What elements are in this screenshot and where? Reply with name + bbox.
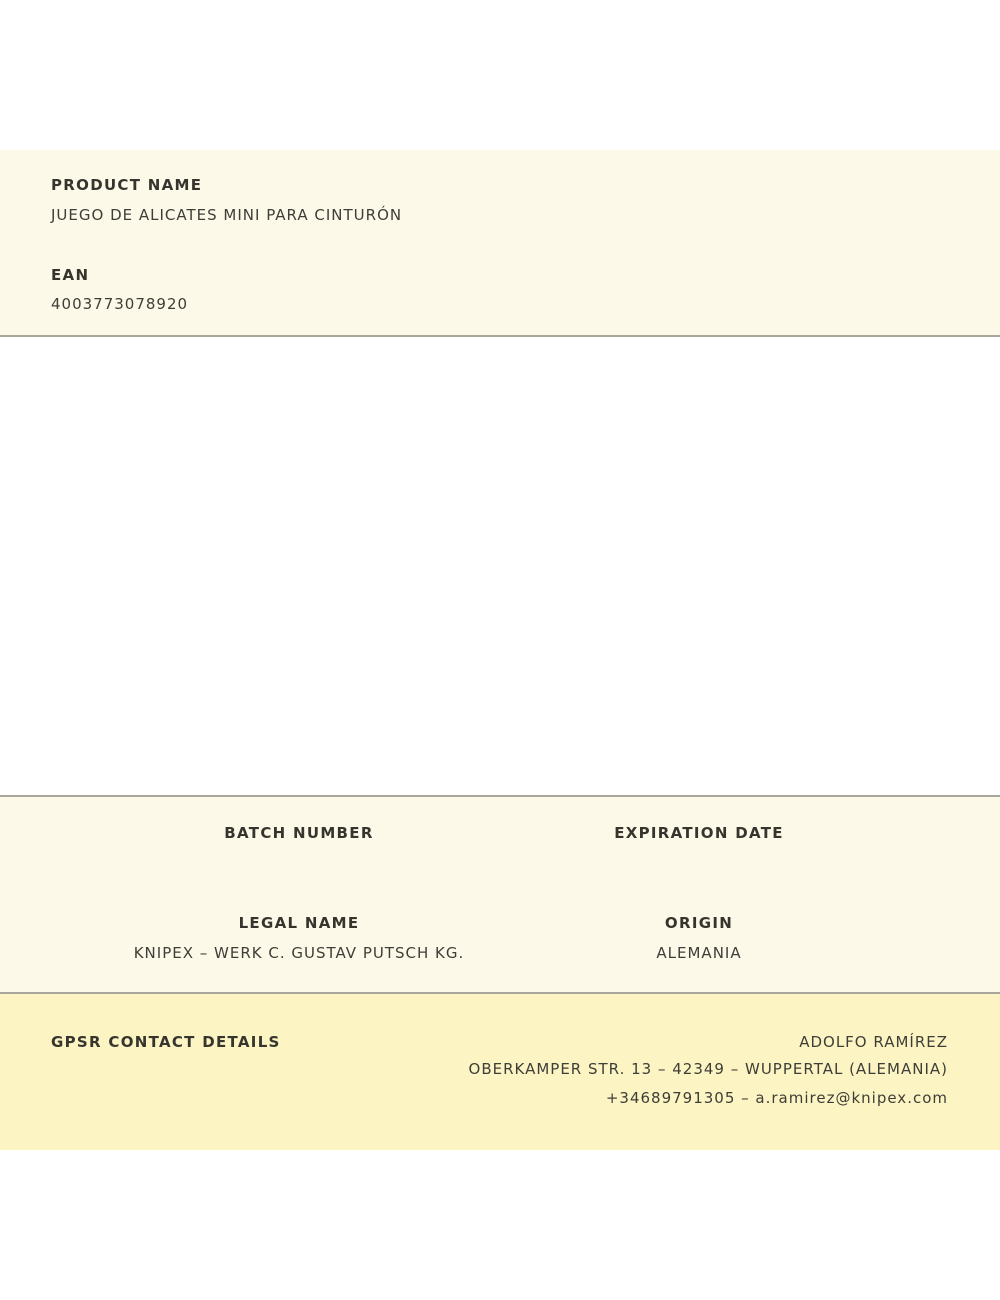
expiration-date-label: EXPIRATION DATE (614, 824, 784, 842)
origin-value: ALEMANIA (656, 944, 741, 962)
product-name-value: JUEGO DE ALICATES MINI PARA CINTURÓN (51, 206, 402, 224)
gpsr-contact-label: GPSR CONTACT DETAILS (51, 1033, 281, 1051)
product-info-section: PRODUCT NAME JUEGO DE ALICATES MINI PARA… (0, 150, 1000, 337)
ean-label: EAN (51, 266, 89, 284)
origin-label: ORIGIN (665, 914, 733, 932)
contact-name: ADOLFO RAMÍREZ (799, 1033, 948, 1051)
legal-name-value: KNIPEX – WERK C. GUSTAV PUTSCH KG. (134, 944, 465, 962)
contact-phone-email: +34689791305 – a.ramirez@knipex.com (606, 1089, 948, 1107)
legal-name-label: LEGAL NAME (239, 914, 360, 932)
gpsr-contact-section: GPSR CONTACT DETAILS ADOLFO RAMÍREZ OBER… (0, 994, 1000, 1150)
contact-address: OBERKAMPER STR. 13 – 42349 – WUPPERTAL (… (469, 1060, 948, 1078)
batch-number-label: BATCH NUMBER (224, 824, 373, 842)
ean-value: 4003773078920 (51, 295, 188, 313)
product-name-label: PRODUCT NAME (51, 176, 202, 194)
product-details-section: BATCH NUMBER EXPIRATION DATE LEGAL NAME … (0, 795, 1000, 994)
